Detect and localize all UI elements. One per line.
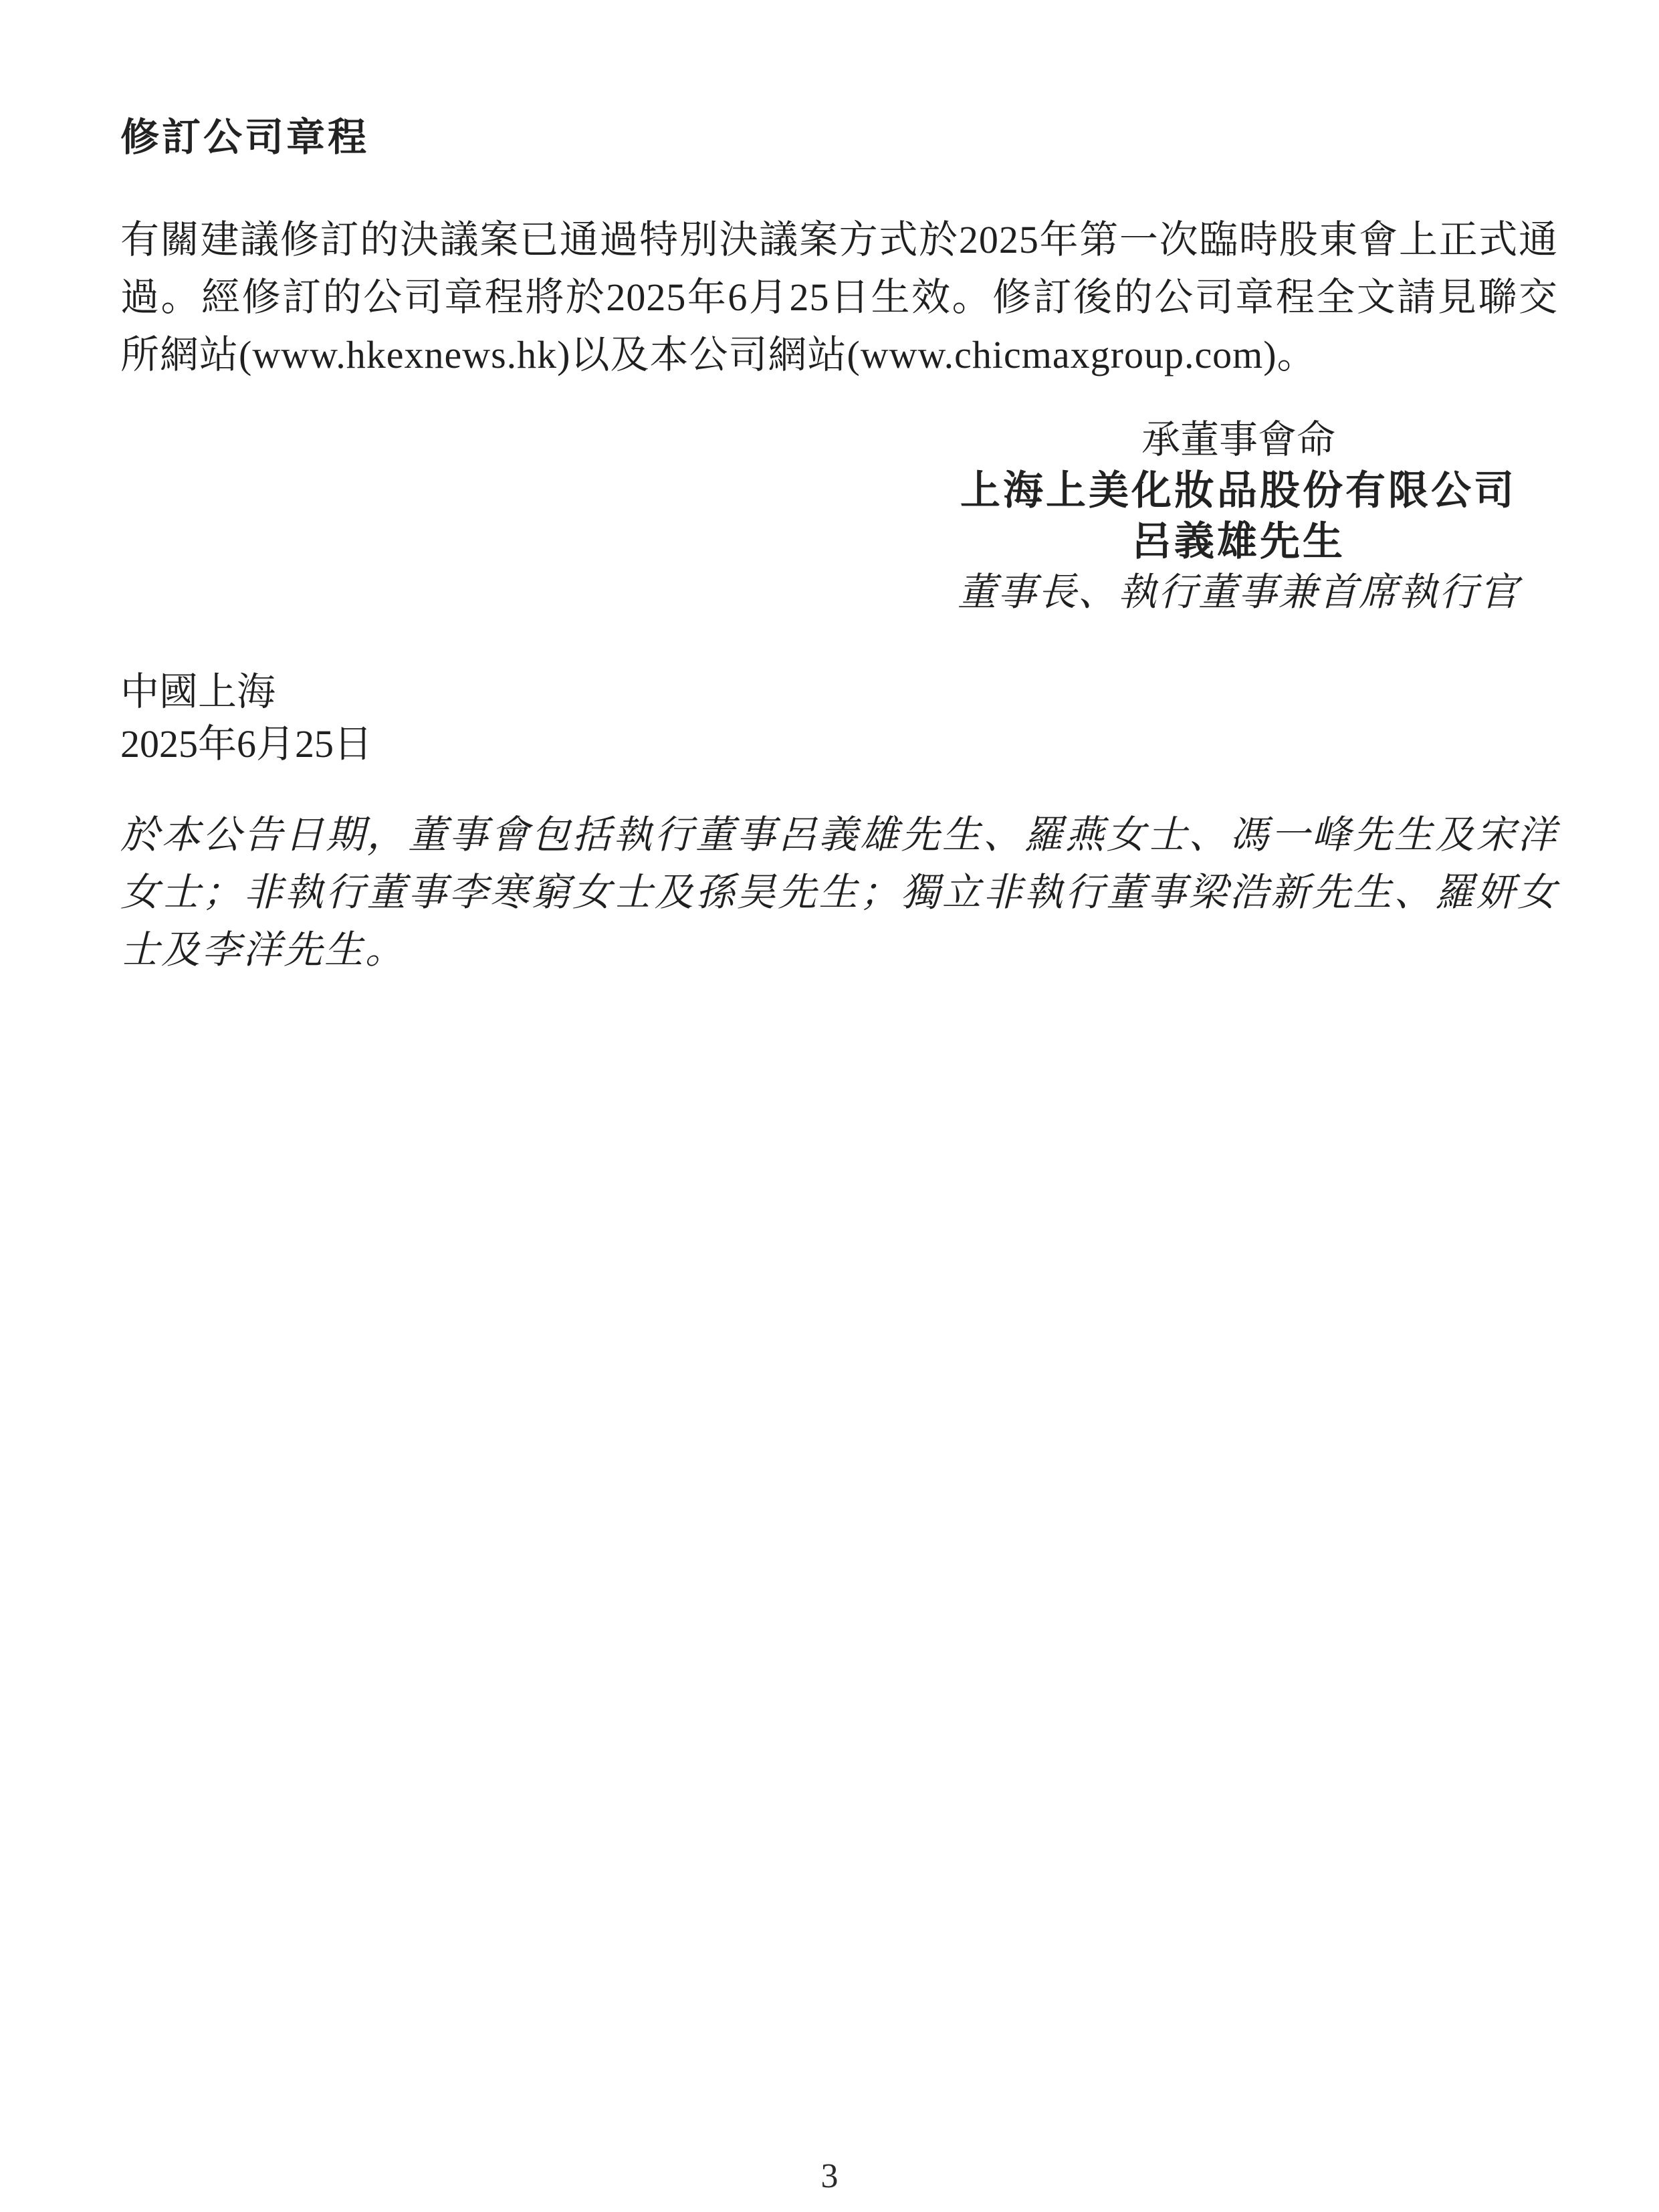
- resolution-paragraph: 有關建議修訂的決議案已通過特別決議案方式於2025年第一次臨時股東會上正式通過。…: [120, 211, 1558, 384]
- announcement-page: 修訂公司章程 有關建議修訂的決議案已通過特別決議案方式於2025年第一次臨時股東…: [0, 0, 1659, 2212]
- place-line: 中國上海: [120, 666, 1558, 718]
- section-heading: 修訂公司章程: [120, 111, 1558, 164]
- signature-block: 承董事會命 上海上美化妝品股份有限公司 呂義雄先生 董事長、執行董事兼首席執行官: [958, 415, 1519, 618]
- date-line: 2025年6月25日: [120, 718, 1558, 770]
- by-order-of-board-line: 承董事會命: [958, 415, 1519, 465]
- directors-note-paragraph: 於本公告日期，董事會包括執行董事呂義雄先生、羅燕女士、馮一峰先生及宋洋女士；非執…: [120, 806, 1558, 979]
- place-date-block: 中國上海 2025年6月25日: [120, 666, 1558, 770]
- signatory-title-line: 董事長、執行董事兼首席執行官: [958, 567, 1519, 618]
- signatory-name-line: 呂義雄先生: [958, 516, 1519, 567]
- company-name-line: 上海上美化妝品股份有限公司: [958, 465, 1519, 516]
- page-number: 3: [0, 2156, 1659, 2197]
